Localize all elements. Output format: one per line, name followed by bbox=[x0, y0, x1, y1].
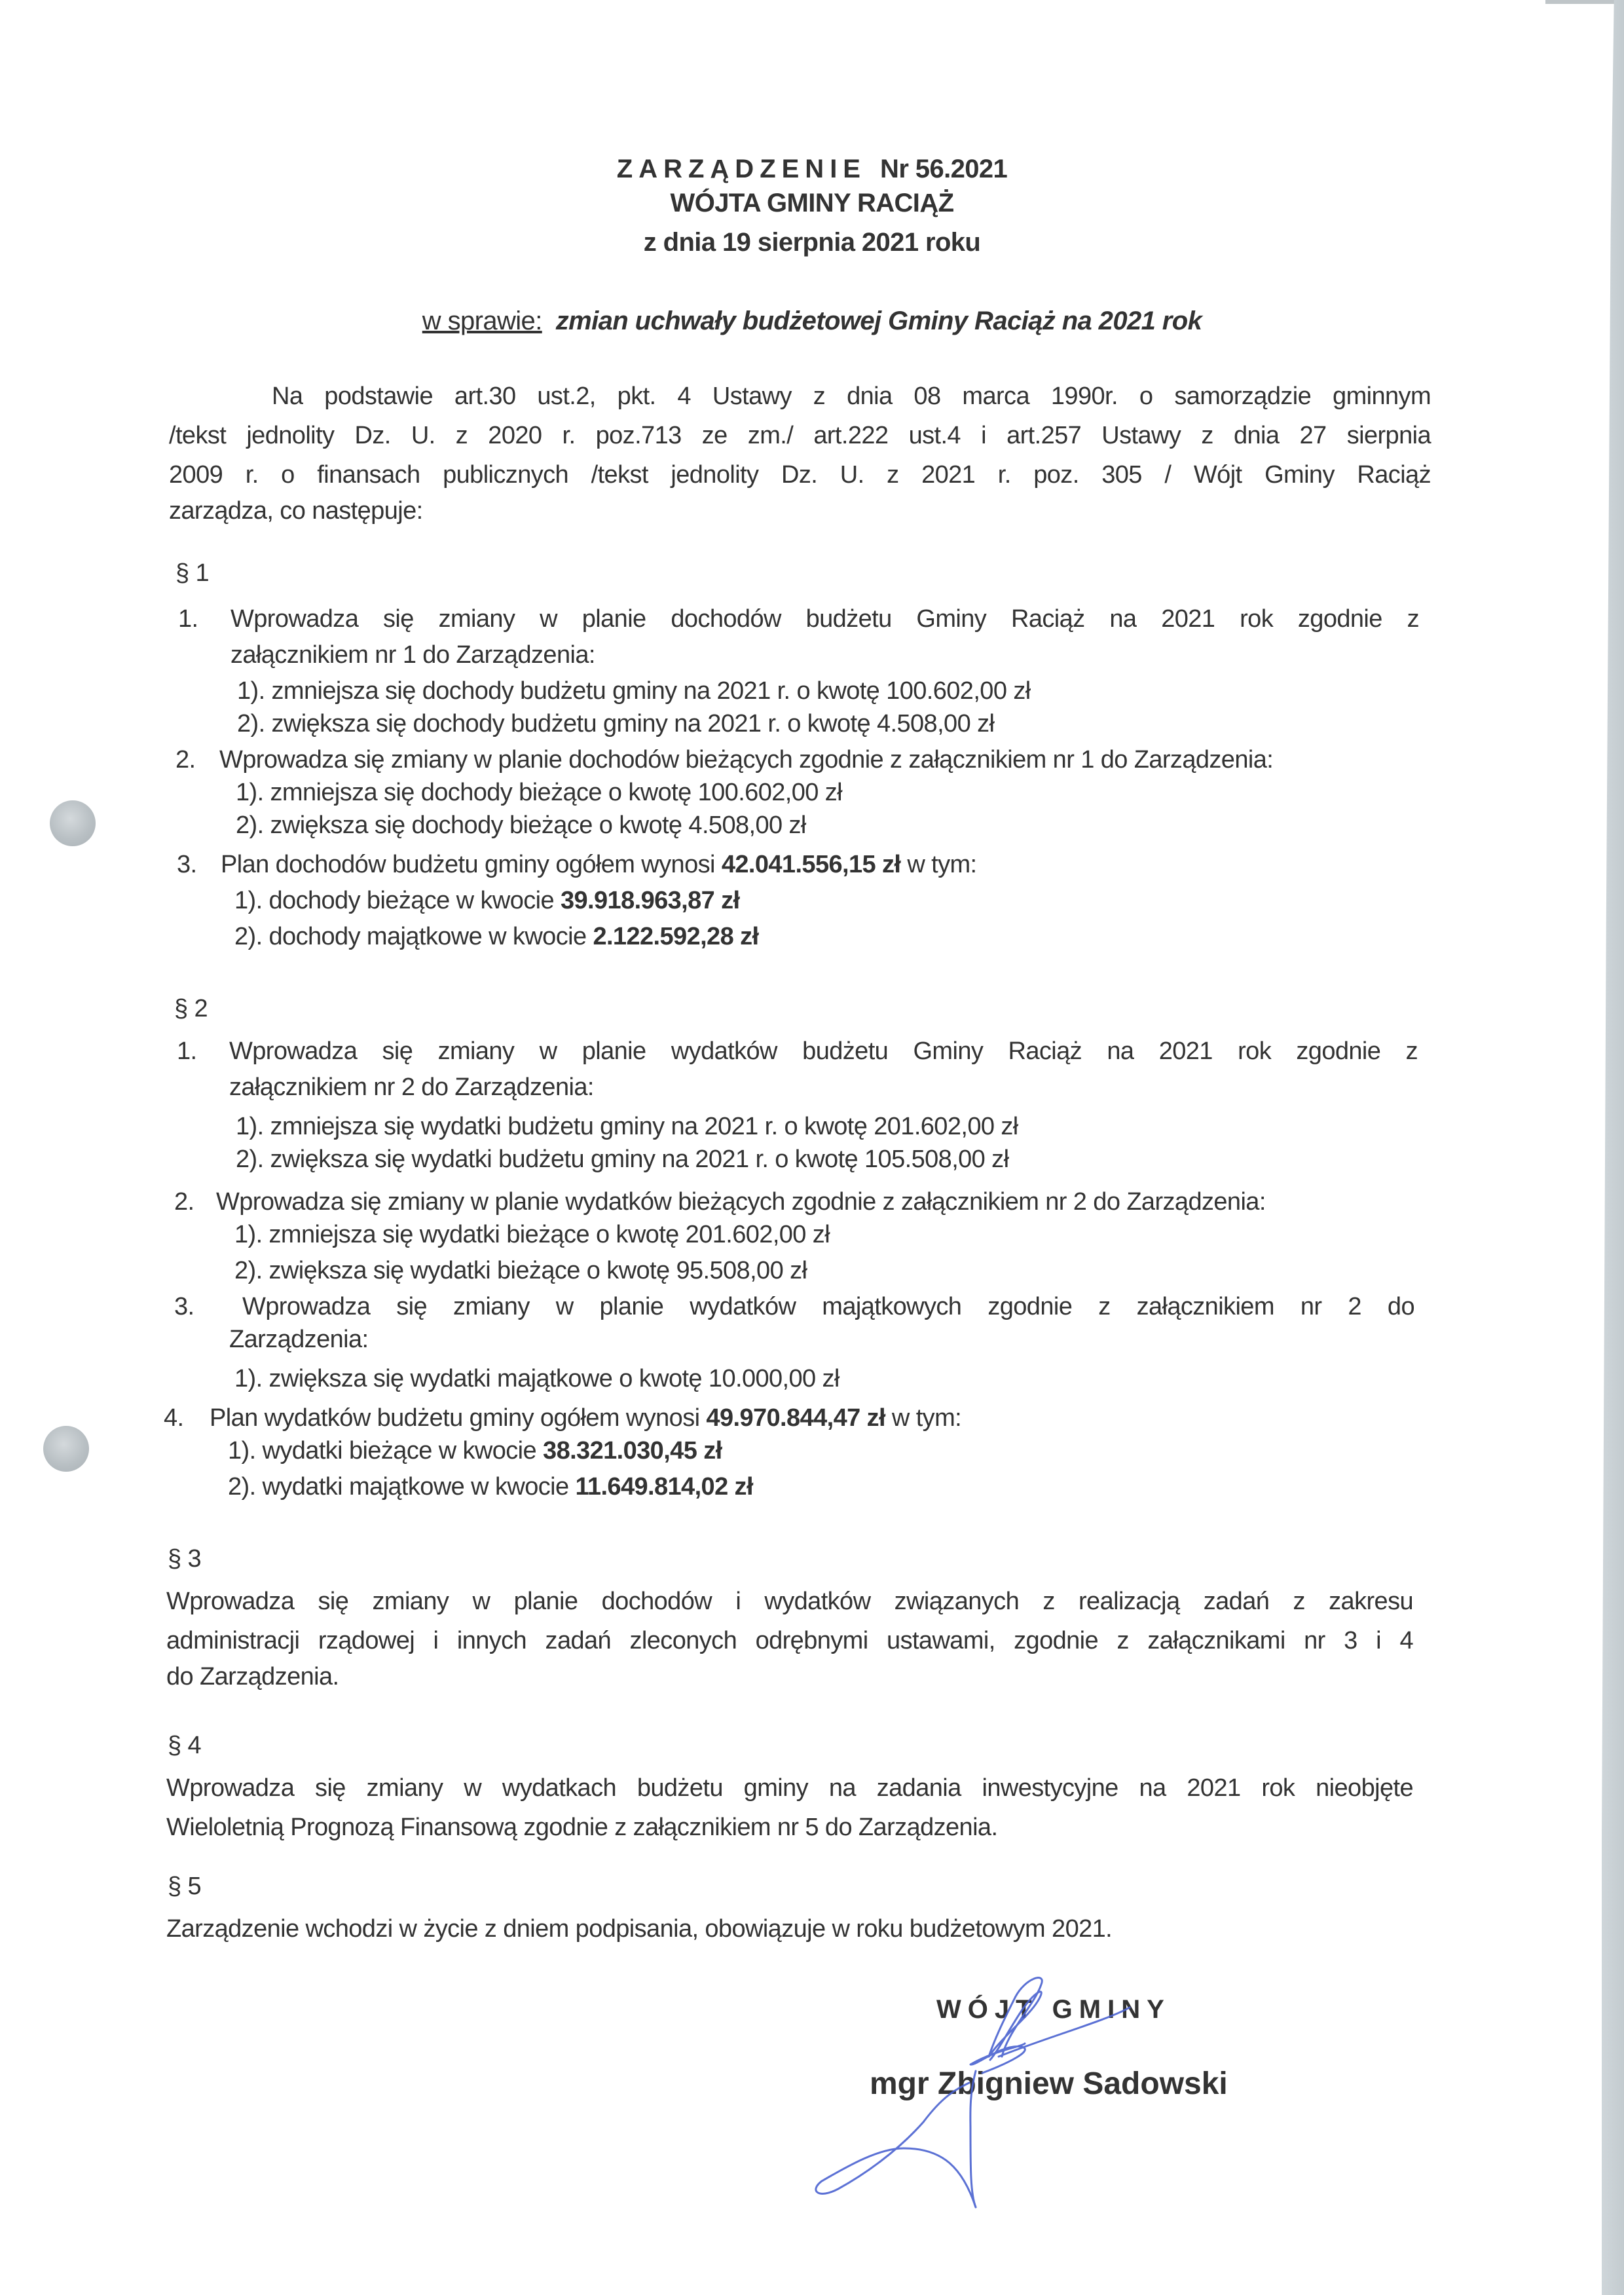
section-5-heading: § 5 bbox=[168, 1872, 201, 1901]
handwritten-signature-icon bbox=[799, 1958, 1323, 2220]
punch-hole-lower bbox=[43, 1426, 89, 1472]
s4-line-2: Wieloletnią Prognozą Finansową zgodnie z… bbox=[166, 1813, 997, 1842]
s1-item3-suffix: w tym: bbox=[900, 851, 976, 878]
s1-item1-line2: załącznikiem nr 1 do Zarządzenia: bbox=[231, 641, 595, 669]
preamble-line-1: Na podstawie art.30 ust.2, pkt. 4 Ustawy… bbox=[272, 382, 1431, 411]
section-2-heading: § 2 bbox=[174, 994, 208, 1023]
s2-item2-line1: Wprowadza się zmiany w planie wydatków b… bbox=[216, 1187, 1266, 1216]
s2-item3-sub1: 1). zwiększa się wydatki majątkowe o kwo… bbox=[234, 1364, 840, 1393]
title-word: ZARZĄDZENIE bbox=[617, 155, 866, 183]
section-4-heading: § 4 bbox=[168, 1731, 201, 1760]
s2-item1-number: 1. bbox=[177, 1037, 197, 1066]
title-number: Nr 56.2021 bbox=[880, 155, 1007, 183]
preamble-line-4: zarządza, co następuje: bbox=[169, 496, 423, 525]
s2-item1-line2: załącznikiem nr 2 do Zarządzenia: bbox=[229, 1073, 594, 1102]
s2-item2-sub1: 1). zmniejsza się wydatki bieżące o kwot… bbox=[234, 1220, 830, 1249]
s1-item3-sub2: 2). dochody majątkowe w kwocie 2.122.592… bbox=[234, 922, 758, 951]
s2-item4-sub2: 2). wydatki majątkowe w kwocie 11.649.81… bbox=[228, 1472, 753, 1501]
s1-item1-sub2: 2). zwiększa się dochody budżetu gminy n… bbox=[237, 709, 994, 738]
s2-item4-sub1: 1). wydatki bieżące w kwocie 38.321.030,… bbox=[228, 1436, 722, 1465]
s1-item1-line1: Wprowadza się zmiany w planie dochodów b… bbox=[231, 605, 1419, 633]
s2-item3-line1: Wprowadza się zmiany w planie wydatków m… bbox=[242, 1292, 1414, 1321]
current-expense-amount: 38.321.030,45 zł bbox=[543, 1437, 722, 1465]
s2-item1-line1: Wprowadza się zmiany w planie wydatków b… bbox=[229, 1037, 1418, 1066]
capital-income-amount: 2.122.592,28 zł bbox=[593, 923, 758, 950]
s2-item2-number: 2. bbox=[174, 1187, 194, 1216]
s1-item3-label: Plan dochodów budżetu gminy ogółem wynos… bbox=[221, 851, 722, 878]
s1-item3-number: 3. bbox=[177, 850, 197, 879]
punch-hole-upper bbox=[50, 800, 96, 846]
s2-item4-suffix: w tym: bbox=[885, 1404, 961, 1432]
s2-item3-line2: Zarządzenia: bbox=[229, 1325, 368, 1354]
scan-edge-right bbox=[1602, 0, 1624, 2295]
s2-item1-sub2: 2). zwiększa się wydatki budżetu gminy n… bbox=[236, 1145, 1008, 1174]
s4-line-1: Wprowadza się zmiany w wydatkach budżetu… bbox=[166, 1774, 1413, 1802]
s1-item3-sub1: 1). dochody bieżące w kwocie 39.918.963,… bbox=[234, 886, 740, 915]
s1-item2-number: 2. bbox=[175, 745, 196, 774]
capital-expense-amount: 11.649.814,02 zł bbox=[575, 1473, 752, 1501]
s2-item4-line1: Plan wydatków budżetu gminy ogółem wynos… bbox=[210, 1404, 961, 1432]
section-3-heading: § 3 bbox=[168, 1544, 201, 1573]
issuer: WÓJTA GMINY RACIĄŻ bbox=[0, 189, 1624, 217]
s1-item2-sub2: 2). zwiększa się dochody bieżące o kwotę… bbox=[236, 811, 806, 840]
subject-text: zmian uchwały budżetowej Gminy Raciąż na… bbox=[556, 307, 1202, 335]
preamble-line-3: 2009 r. o finansach publicznych /tekst j… bbox=[169, 460, 1431, 489]
scan-edge-top bbox=[1545, 0, 1624, 4]
s1-item2-line1: Wprowadza się zmiany w planie dochodów b… bbox=[219, 745, 1273, 774]
s3-line-3: do Zarządzenia. bbox=[166, 1662, 339, 1691]
s5-line-1: Zarządzenie wchodzi w życie z dniem podp… bbox=[166, 1914, 1112, 1943]
document-date: z dnia 19 sierpnia 2021 roku bbox=[0, 228, 1624, 257]
subject-label: w sprawie: bbox=[422, 307, 542, 335]
section-1-heading: § 1 bbox=[175, 559, 209, 588]
s1-item3-line1: Plan dochodów budżetu gminy ogółem wynos… bbox=[221, 850, 977, 879]
expense-total-amount: 49.970.844,47 zł bbox=[706, 1404, 885, 1432]
s2-item4-number: 4. bbox=[164, 1404, 184, 1432]
s3-line-2: administracji rządowej i innych zadań zl… bbox=[166, 1626, 1413, 1655]
s2-item3-number: 3. bbox=[174, 1292, 194, 1321]
current-income-label: 1). dochody bieżące w kwocie bbox=[234, 887, 561, 914]
preamble-line-2: /tekst jednolity Dz. U. z 2020 r. poz.71… bbox=[169, 421, 1431, 450]
current-expense-label: 1). wydatki bieżące w kwocie bbox=[228, 1437, 543, 1465]
subject-line: w sprawie: zmian uchwały budżetowej Gmin… bbox=[0, 307, 1624, 335]
capital-income-label: 2). dochody majątkowe w kwocie bbox=[234, 923, 593, 950]
current-income-amount: 39.918.963,87 zł bbox=[561, 887, 740, 914]
s3-line-1: Wprowadza się zmiany w planie dochodów i… bbox=[166, 1587, 1413, 1616]
document-title: ZARZĄDZENIE Nr 56.2021 bbox=[0, 155, 1624, 183]
capital-expense-label: 2). wydatki majątkowe w kwocie bbox=[228, 1473, 575, 1501]
s1-item1-sub1: 1). zmniejsza się dochody budżetu gminy … bbox=[237, 677, 1031, 705]
income-total-amount: 42.041.556,15 zł bbox=[722, 851, 901, 878]
s1-item1-number: 1. bbox=[178, 605, 198, 633]
s1-item2-sub1: 1). zmniejsza się dochody bieżące o kwot… bbox=[236, 778, 842, 807]
s2-item4-label: Plan wydatków budżetu gminy ogółem wynos… bbox=[210, 1404, 706, 1432]
document-page: ZARZĄDZENIE Nr 56.2021 WÓJTA GMINY RACIĄ… bbox=[0, 0, 1624, 2295]
s2-item2-sub2: 2). zwiększa się wydatki bieżące o kwotę… bbox=[234, 1256, 807, 1285]
s2-item1-sub1: 1). zmniejsza się wydatki budżetu gminy … bbox=[236, 1112, 1018, 1141]
